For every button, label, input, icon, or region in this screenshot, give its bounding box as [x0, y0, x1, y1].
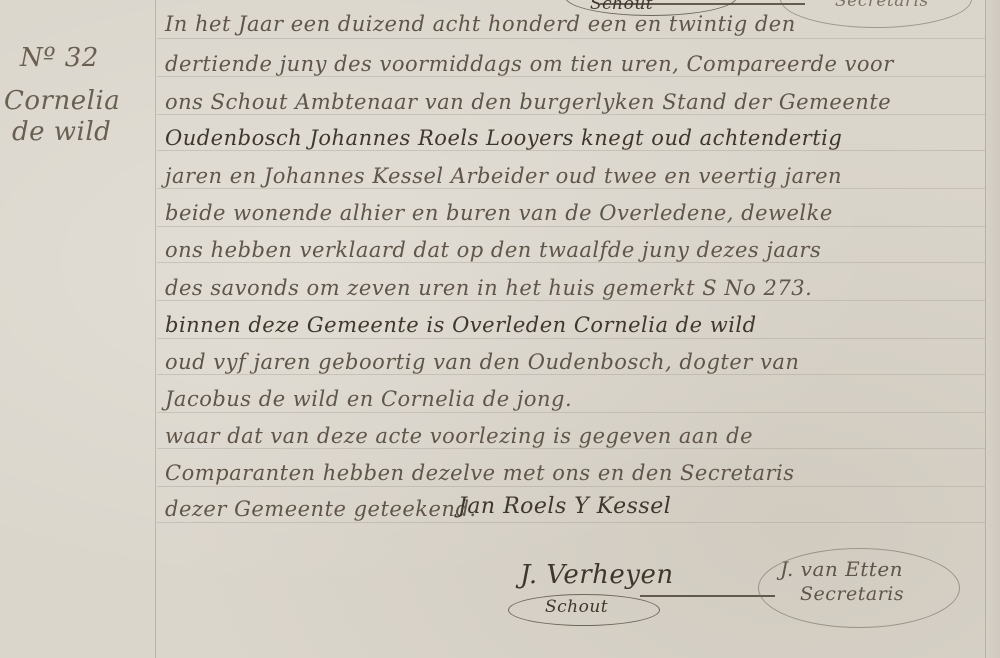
ruled-line: [157, 114, 985, 115]
ruled-line: [157, 412, 985, 413]
margin-rule: [155, 0, 156, 658]
signature-flourish: [758, 548, 960, 628]
page-edge: [985, 0, 1000, 658]
margin-name-first: Cornelia: [4, 86, 120, 116]
ruled-line: [157, 448, 985, 449]
ruled-line: [157, 338, 985, 339]
body-line-12: waar dat van deze acte voorlezing is geg…: [165, 424, 753, 448]
ruled-line: [157, 486, 985, 487]
ruled-line: [157, 226, 985, 227]
signature-flourish: [780, 0, 972, 28]
ruled-line: [157, 150, 985, 151]
body-line-2: dertiende juny des voormiddags om tien u…: [165, 52, 894, 76]
schout-signature: J. Verheyen: [520, 560, 674, 590]
body-line-8: des savonds om zeven uren in het huis ge…: [165, 276, 812, 300]
ruled-line: [157, 374, 985, 375]
document-page: Schout Secretaris Nº 32 Cornelia de wild…: [0, 0, 1000, 658]
body-line-14: dezer Gemeente geteekend.: [165, 497, 477, 521]
body-line-7: ons hebben verklaard dat op den twaalfde…: [165, 238, 821, 262]
ruled-line: [157, 188, 985, 189]
ruled-line: [157, 262, 985, 263]
ruled-line: [157, 300, 985, 301]
body-line-3: ons Schout Ambtenaar van den burgerlyken…: [165, 90, 891, 114]
body-line-11: Jacobus de wild en Cornelia de jong.: [165, 387, 572, 411]
record-number: Nº 32: [20, 43, 99, 73]
ruled-line: [157, 38, 985, 39]
ruled-line: [157, 76, 985, 77]
margin-name-last: de wild: [12, 117, 111, 147]
body-line-13: Comparanten hebben dezelve met ons en de…: [165, 461, 795, 485]
body-line-4: Oudenbosch Johannes Roels Looyers knegt …: [165, 126, 842, 150]
witness-signatures: Jan Roels Y Kessel: [458, 494, 671, 519]
schout-title: Schout: [545, 597, 608, 617]
body-line-5: jaren en Johannes Kessel Arbeider oud tw…: [165, 164, 842, 188]
ruled-line: [157, 522, 985, 523]
body-line-10: oud vyf jaren geboortig van den Oudenbos…: [165, 350, 799, 374]
body-line-1: In het Jaar een duizend acht honderd een…: [165, 12, 796, 36]
signature-stroke: [640, 595, 775, 597]
body-line-6: beide wonende alhier en buren van de Ove…: [165, 201, 833, 225]
body-line-9: binnen deze Gemeente is Overleden Cornel…: [165, 313, 757, 337]
